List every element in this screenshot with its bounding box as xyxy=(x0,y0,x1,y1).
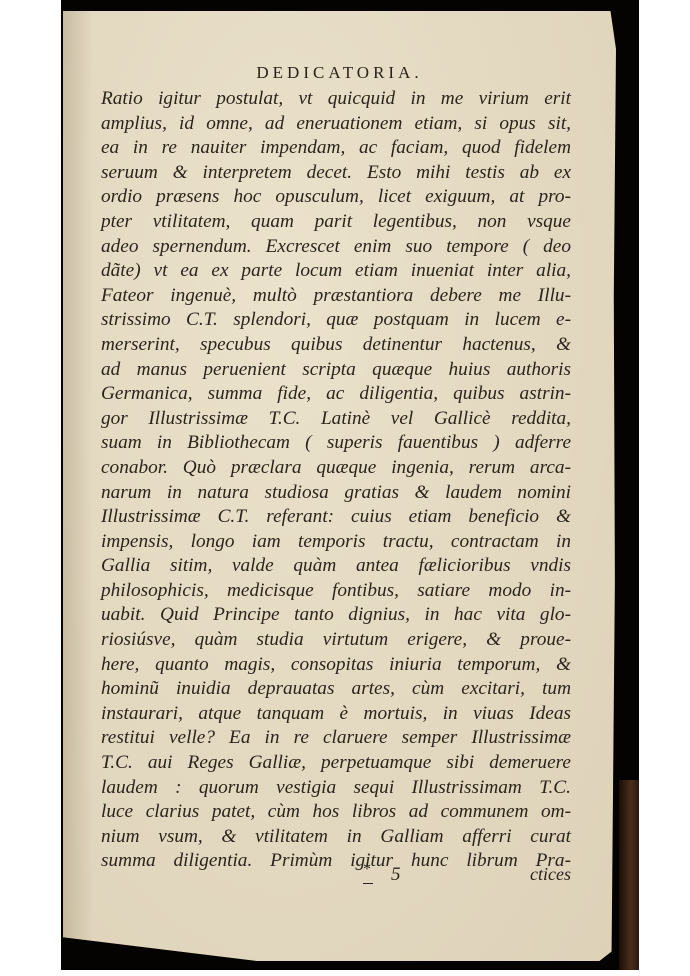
text-line: pter vtilitatem, quam parit legentibus, … xyxy=(101,210,571,235)
text-line: seruum & interpretem decet. Esto mihi te… xyxy=(101,161,571,186)
text-line: nium vsum, & vtilitatem in Galliam affer… xyxy=(101,825,571,850)
text-line: T.C. aui Reges Galliæ, perpetuamque sibi… xyxy=(101,751,571,776)
text-line: Illustrissimæ C.T. referant: cuius etiam… xyxy=(101,505,571,530)
text-line: ordio præsens hoc opusculum, licet exigu… xyxy=(101,185,571,210)
text-line: ad manus peruenient scripta quæque huius… xyxy=(101,358,571,383)
text-line: laudem : quorum vestigia sequi Illustris… xyxy=(101,776,571,801)
text-line: hominũ inuidia deprauatas artes, cùm exc… xyxy=(101,677,571,702)
text-line: philosophicis, medicisque fontibus, sati… xyxy=(101,579,571,604)
text-line: Gallia sitim, valde quàm antea fæliciori… xyxy=(101,554,571,579)
text-line: conabor. Quò præclara quæque ingenia, re… xyxy=(101,456,571,481)
text-line: narum in natura studiosa gratias & laude… xyxy=(101,481,571,506)
page-footer: * 5 ctices xyxy=(101,861,571,891)
body-text: Ratio igitur postulat, vt quicquid in me… xyxy=(101,87,571,874)
text-line: here, quanto magis, consopitas iniuria t… xyxy=(101,653,571,678)
text-line: Fateor ingenuè, multò præstantiora deber… xyxy=(101,284,571,309)
book-page: DEDICATORIA. Ratio igitur postulat, vt q… xyxy=(63,11,616,961)
catchword: ctices xyxy=(530,864,571,885)
text-line: Germanica, summa fide, ac diligentia, qu… xyxy=(101,382,571,407)
text-line: luce clarius patet, cùm hos libros ad co… xyxy=(101,800,571,825)
running-header: DEDICATORIA. xyxy=(63,63,616,83)
text-line: riosiúsve, quàm studia virtutum erigere,… xyxy=(101,628,571,653)
signature-mark: * xyxy=(363,861,371,879)
text-line: suam in Bibliothecam ( superis fauentibu… xyxy=(101,431,571,456)
text-line: Ratio igitur postulat, vt quicquid in me… xyxy=(101,87,571,112)
text-line: ea in re nauiter impendam, ac faciam, qu… xyxy=(101,136,571,161)
signature-dash xyxy=(363,883,373,884)
text-line: dãte) vt ea ex parte locum etiam inuenia… xyxy=(101,259,571,284)
text-line: merserint, specubus quibus detinentur ha… xyxy=(101,333,571,358)
text-line: impensis, longo iam temporis tractu, con… xyxy=(101,530,571,555)
page-number: 5 xyxy=(391,864,401,886)
text-line: strissimo C.T. splendori, quæ postquam i… xyxy=(101,308,571,333)
text-line: instaurari, atque tanquam è mortuis, in … xyxy=(101,702,571,727)
text-line: uabit. Quid Principe tanto dignius, in h… xyxy=(101,603,571,628)
text-line: gor Illustrissimæ T.C. Latinè vel Gallic… xyxy=(101,407,571,432)
text-line: adeo spernendum. Excrescet enim suo temp… xyxy=(101,235,571,260)
text-line: amplius, id omne, ad eneruationem etiam,… xyxy=(101,112,571,137)
text-line: restitui velle? Ea in re claruere semper… xyxy=(101,726,571,751)
